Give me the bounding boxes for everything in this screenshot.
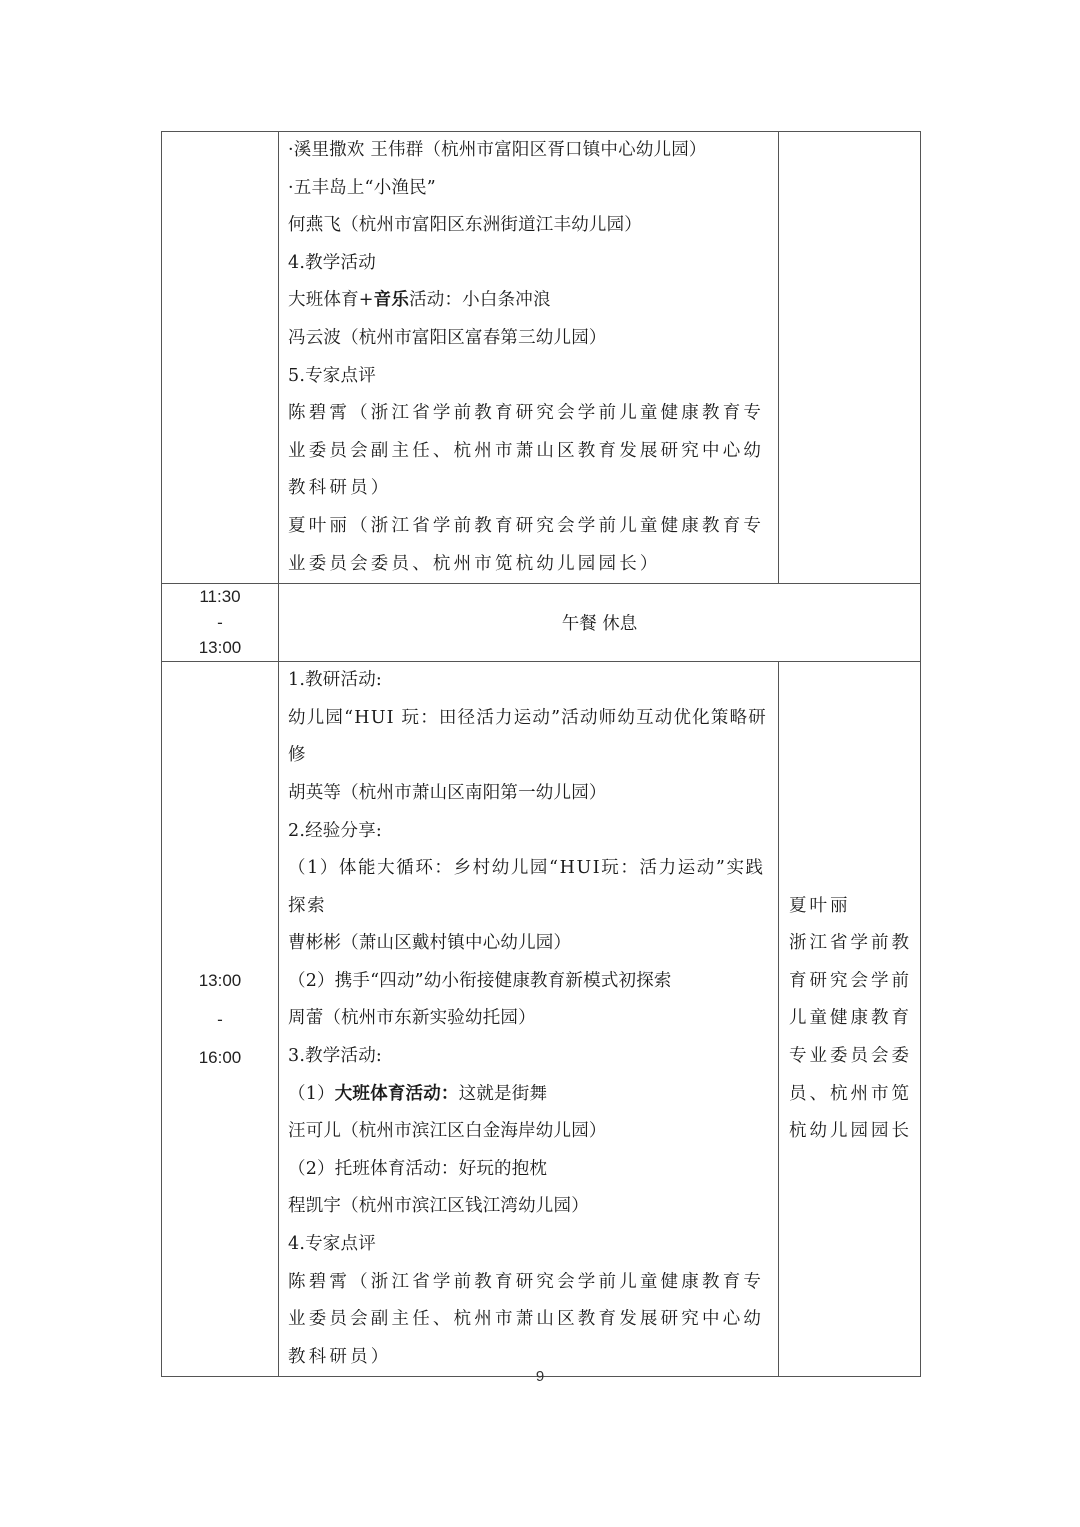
host-title: 儿童健康教育 bbox=[789, 1000, 920, 1038]
presenter-line: 曹彬彬（萧山区戴村镇中心幼儿园） bbox=[288, 925, 778, 963]
presenter-line: 何燕飞（杭州市富阳区东洲街道江丰幼儿园） bbox=[288, 207, 778, 245]
host-cell: 夏叶丽 浙江省学前教 育研究会学前 儿童健康教育 专业委员会委 员、杭州市笕 杭… bbox=[779, 662, 921, 1377]
document-page: ·溪里撒欢 王伟群（杭州市富阳区胥口镇中心幼儿园） ·五丰岛上“小渔民” 何燕飞… bbox=[0, 0, 1080, 1527]
section-heading: 3.教学活动: bbox=[288, 1038, 778, 1076]
content-cell: ·溪里撒欢 王伟群（杭州市富阳区胥口镇中心幼儿园） ·五丰岛上“小渔民” 何燕飞… bbox=[279, 132, 779, 584]
time-cell: 13:00 - 16:00 bbox=[162, 662, 279, 1377]
host-title: 浙江省学前教 bbox=[789, 925, 920, 963]
section-heading: 5.专家点评 bbox=[288, 358, 778, 396]
table-row: 11:30 - 13:00 午餐 休息 bbox=[162, 584, 921, 662]
list-item: ·溪里撒欢 王伟群（杭州市富阳区胥口镇中心幼儿园） bbox=[288, 132, 778, 170]
section-heading: 1.教研活动: bbox=[288, 662, 778, 700]
list-item: ·五丰岛上“小渔民” bbox=[288, 170, 778, 208]
presenter-line: 周蕾（杭州市东新实验幼托园） bbox=[288, 1000, 778, 1038]
host-title: 杭幼儿园园长 bbox=[789, 1113, 920, 1151]
host-cell bbox=[779, 132, 921, 584]
section-heading: 2.经验分享: bbox=[288, 813, 778, 851]
activity-title: 幼儿园“HUI 玩：田径活力运动”活动师幼互动优化策略研修 bbox=[288, 700, 778, 775]
host-title: 专业委员会委 bbox=[789, 1038, 920, 1076]
table-row: ·溪里撒欢 王伟群（杭州市富阳区胥口镇中心幼儿园） ·五丰岛上“小渔民” 何燕飞… bbox=[162, 132, 921, 584]
activity-title: （1）大班体育活动：这就是街舞 bbox=[288, 1076, 778, 1114]
activity-title: （1）体能大循环：乡村幼儿园“HUI玩：活力运动”实践探索 bbox=[288, 850, 778, 925]
host-title: 育研究会学前 bbox=[789, 963, 920, 1001]
section-heading: 4.专家点评 bbox=[288, 1226, 778, 1264]
expert-line: 陈碧霄（浙江省学前教育研究会学前儿童健康教育专业委员会副主任、杭州市萧山区教育发… bbox=[288, 395, 778, 508]
presenter-line: 程凯宇（杭州市滨江区钱江湾幼儿园） bbox=[288, 1188, 778, 1226]
content-cell: 1.教研活动: 幼儿园“HUI 玩：田径活力运动”活动师幼互动优化策略研修 胡英… bbox=[279, 662, 779, 1377]
time-cell bbox=[162, 132, 279, 584]
time-cell: 11:30 - 13:00 bbox=[162, 584, 279, 662]
presenter-line: 汪可儿（杭州市滨江区白金海岸幼儿园） bbox=[288, 1113, 778, 1151]
activity-title: 大班体育+音乐活动：小白条冲浪 bbox=[288, 282, 778, 320]
host-title: 员、杭州市笕 bbox=[789, 1076, 920, 1114]
expert-line: 夏叶丽（浙江省学前教育研究会学前儿童健康教育专业委员会委员、杭州市笕杭幼儿园园长… bbox=[288, 508, 778, 583]
presenter-line: 胡英等（杭州市萧山区南阳第一幼儿园） bbox=[288, 775, 778, 813]
table-row: 13:00 - 16:00 1.教研活动: 幼儿园“HUI 玩：田径活力运动”活… bbox=[162, 662, 921, 1377]
page-number: 9 bbox=[0, 1368, 1080, 1385]
schedule-table: ·溪里撒欢 王伟群（杭州市富阳区胥口镇中心幼儿园） ·五丰岛上“小渔民” 何燕飞… bbox=[161, 131, 921, 1377]
section-heading: 4.教学活动 bbox=[288, 245, 778, 283]
lunch-break-label: 午餐 休息 bbox=[279, 584, 921, 662]
expert-line: 陈碧霄（浙江省学前教育研究会学前儿童健康教育专业委员会副主任、杭州市萧山区教育发… bbox=[288, 1264, 778, 1377]
presenter-line: 冯云波（杭州市富阳区富春第三幼儿园） bbox=[288, 320, 778, 358]
activity-title: （2）托班体育活动：好玩的抱枕 bbox=[288, 1151, 778, 1189]
host-name: 夏叶丽 bbox=[789, 888, 920, 926]
activity-title: （2）携手“四动”幼小衔接健康教育新模式初探索 bbox=[288, 963, 778, 1001]
